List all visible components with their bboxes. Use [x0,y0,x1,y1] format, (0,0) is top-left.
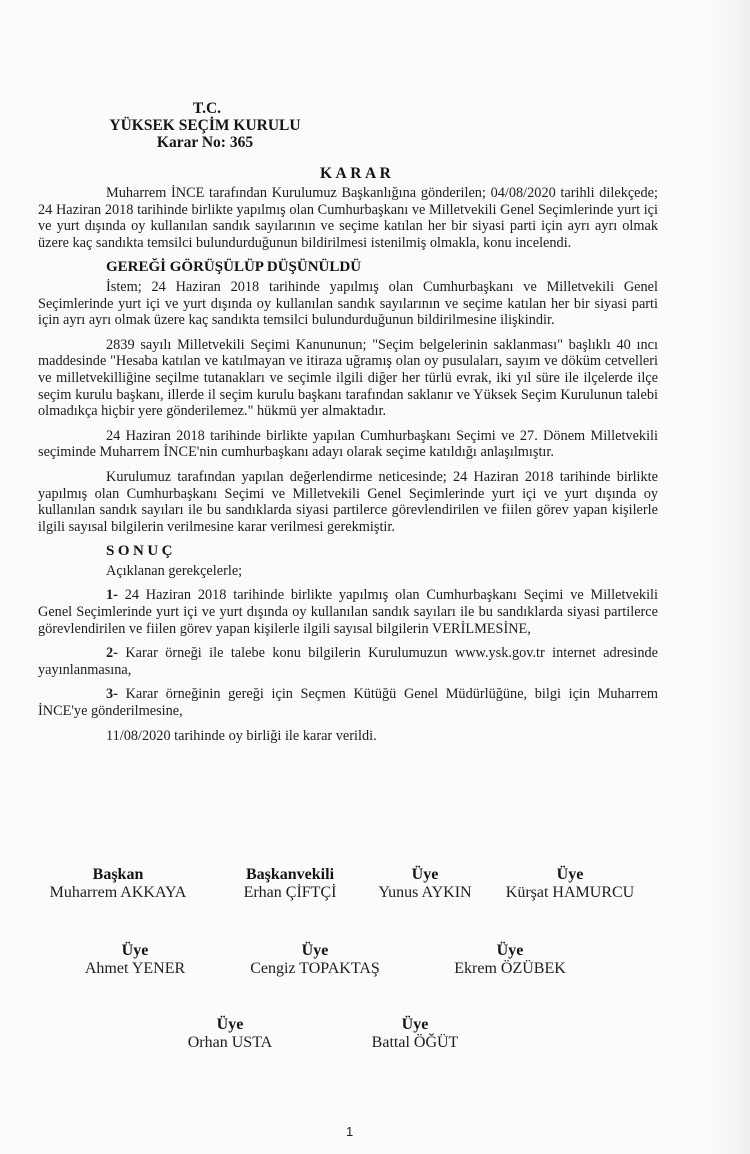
signatory-name: Kürşat HAMURCU [490,884,650,902]
signatory-role: Üye [160,1016,300,1034]
section-heading-sonuc: SONUÇ [106,543,658,560]
signature-baskanvekili: Başkanvekili Erhan ÇİFTÇİ [220,866,360,902]
signatory-name: Cengiz TOPAKTAŞ [235,960,395,978]
signatory-role: Üye [490,866,650,884]
gerekce-paragraph-2: 2839 sayılı Milletvekili Seçimi Kanununu… [38,337,658,420]
signature-uye-yener: Üye Ahmet YENER [60,942,210,978]
item-text: Karar örneği ile talebe konu bilgilerin … [38,645,658,678]
signature-uye-ogut: Üye Battal ÖĞÜT [345,1016,485,1052]
signature-uye-topaktas: Üye Cengiz TOPAKTAŞ [235,942,395,978]
gerekce-paragraph-1: İstem; 24 Haziran 2018 tarihinde yapılmı… [38,279,658,329]
sonuc-item-2: 2- Karar örneği ile talebe konu bilgiler… [38,645,658,678]
signatory-role: Üye [430,942,590,960]
gerekce-paragraph-3: 24 Haziran 2018 tarihinde birlikte yapıl… [38,428,658,461]
document-page: T.C. YÜKSEK SEÇİM KURULU Karar No: 365 K… [0,0,750,1154]
sonuc-lead: Açıklanan gerekçelerle; [38,563,658,580]
gerekce-paragraph-4: Kurulumuz tarafından yapılan değerlendir… [38,469,658,535]
item-text: Karar örneğinin gereği için Seçmen Kütüğ… [38,686,658,719]
document-title: KARAR [320,165,394,183]
signature-uye-usta: Üye Orhan USTA [160,1016,300,1052]
signature-baskan: Başkan Muharrem AKKAYA [38,866,198,902]
signatory-name: Erhan ÇİFTÇİ [220,884,360,902]
section-heading-gerekce: GEREĞİ GÖRÜŞÜLÜP DÜŞÜNÜLDÜ [106,259,658,276]
signature-uye-ozubek: Üye Ekrem ÖZÜBEK [430,942,590,978]
signatory-name: Battal ÖĞÜT [345,1034,485,1052]
document-body: Muharrem İNCE tarafından Kurulumuz Başka… [38,185,658,748]
closing-statement: 11/08/2020 tarihinde oy birliği ile kara… [38,728,658,745]
intro-paragraph: Muharrem İNCE tarafından Kurulumuz Başka… [38,185,658,251]
page-number: 1 [346,1124,353,1139]
item-number: 2- [106,645,118,661]
signatory-name: Orhan USTA [160,1034,300,1052]
header-country: T.C. [0,100,410,117]
item-number: 3- [106,686,118,702]
signatory-role: Başkanvekili [220,866,360,884]
signatory-role: Üye [235,942,395,960]
signatory-role: Üye [60,942,210,960]
header-institution: YÜKSEK SEÇİM KURULU [0,117,410,134]
signatory-name: Ekrem ÖZÜBEK [430,960,590,978]
signature-uye-aykin: Üye Yunus AYKIN [355,866,495,902]
signatory-name: Yunus AYKIN [355,884,495,902]
sonuc-item-1: 1- 24 Haziran 2018 tarihinde birlikte ya… [38,587,658,637]
document-header: T.C. YÜKSEK SEÇİM KURULU Karar No: 365 [0,100,410,151]
signature-uye-hamurcu: Üye Kürşat HAMURCU [490,866,650,902]
signatory-name: Ahmet YENER [60,960,210,978]
scan-shadow [710,0,750,1154]
item-text: 24 Haziran 2018 tarihinde birlikte yapıl… [38,587,658,636]
signatory-role: Üye [355,866,495,884]
sonuc-item-3: 3- Karar örneğinin gereği için Seçmen Kü… [38,686,658,719]
signatory-role: Başkan [38,866,198,884]
signatory-name: Muharrem AKKAYA [38,884,198,902]
item-number: 1- [106,587,118,603]
header-decision-number: Karar No: 365 [0,134,410,151]
signatory-role: Üye [345,1016,485,1034]
